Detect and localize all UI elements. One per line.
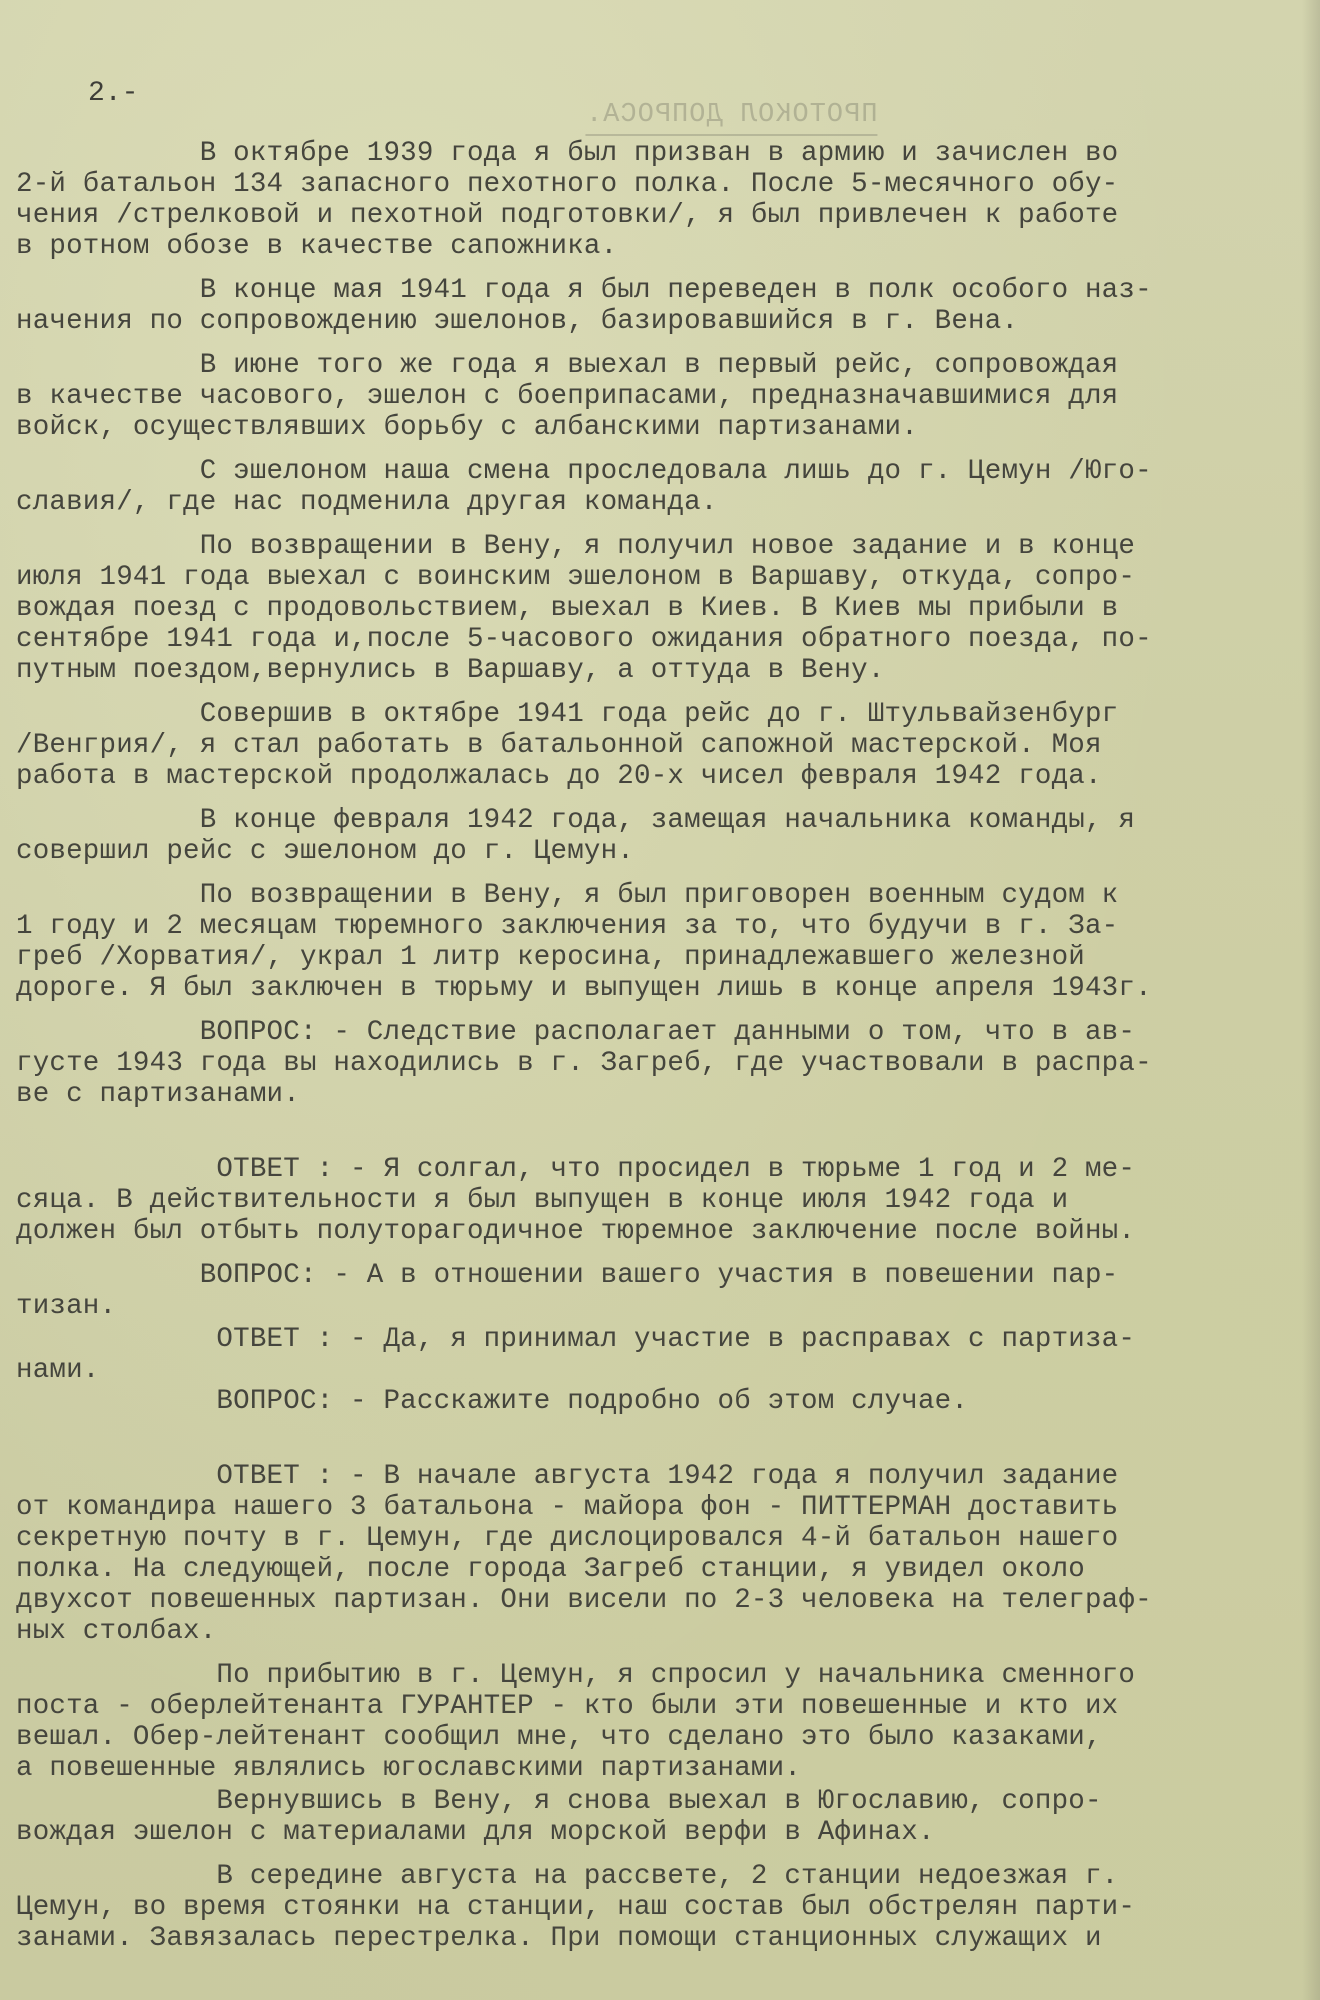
paragraph: По возвращении в Вену, я был приговорен … xyxy=(16,880,1261,1004)
text-line: ВОПРОС: - Расскажите подробно об этом сл… xyxy=(16,1386,1261,1417)
bleed-through-heading: ПРОТОКОЛ ДОПРОСА. xyxy=(585,100,877,136)
text-line: чения /стрелковой и пехотной подготовки/… xyxy=(16,200,1261,231)
text-line: поста - оберлейтенанта ГУРАНТЕР - кто бы… xyxy=(16,1691,1261,1722)
text-line: вождая эшелон с материалами для морской … xyxy=(16,1817,1261,1848)
text-line: должен был отбыть полуторагодичное тюрем… xyxy=(16,1216,1261,1247)
paragraph: Вернувшись в Вену, я снова выехал в Югос… xyxy=(16,1786,1261,1848)
text-line: войск, осуществлявших борьбу с албанским… xyxy=(16,412,1261,443)
text-line: густе 1943 года вы находились в г. Загре… xyxy=(16,1048,1261,1079)
text-line: С эшелоном наша смена проследовала лишь … xyxy=(16,456,1261,487)
text-line: ве с партизанами. xyxy=(16,1079,1261,1110)
text-line: нами. xyxy=(16,1355,1261,1386)
text-line: Вернувшись в Вену, я снова выехал в Югос… xyxy=(16,1786,1261,1817)
text-line: Совершив в октябре 1941 года рейс до г. … xyxy=(16,699,1261,730)
text-line: сентябре 1941 года и,после 5-часового ож… xyxy=(16,624,1261,655)
text-line: в ротном обозе в качестве сапожника. xyxy=(16,231,1261,262)
paragraph: ВОПРОС: - А в отношении вашего участия в… xyxy=(16,1260,1261,1322)
text-line: ОТВЕТ : - Да, я принимал участие в распр… xyxy=(16,1324,1261,1355)
text-line: ОТВЕТ : - Я солгал, что просидел в тюрьм… xyxy=(16,1154,1261,1185)
paragraph: ВОПРОС: - Следствие располагает данными … xyxy=(16,1017,1261,1110)
text-line: ВОПРОС: - А в отношении вашего участия в… xyxy=(16,1260,1261,1291)
text-line: июля 1941 года выехал с воинским эшелоно… xyxy=(16,562,1261,593)
text-line: ОТВЕТ : - В начале августа 1942 года я п… xyxy=(16,1461,1261,1492)
text-line: полка. На следующей, после города Загреб… xyxy=(16,1554,1261,1585)
text-line: ных столбах. xyxy=(16,1616,1261,1647)
text-line: дороге. Я был заключен в тюрьму и выпуще… xyxy=(16,973,1261,1004)
text-line: тизан. xyxy=(16,1291,1261,1322)
text-line: По возвращении в Вену, я был приговорен … xyxy=(16,880,1261,911)
text-line: сяца. В действительности я был выпущен в… xyxy=(16,1185,1261,1216)
document-body: В октябре 1939 года я был призван в арми… xyxy=(16,138,1261,1967)
text-line: работа в мастерской продолжалась до 20-х… xyxy=(16,761,1261,792)
text-line xyxy=(16,1123,1261,1154)
page-edge xyxy=(1302,0,1320,2000)
text-line: По возвращении в Вену, я получил новое з… xyxy=(16,531,1261,562)
text-line: В конце февраля 1942 года, замещая начал… xyxy=(16,805,1261,836)
text-line: а повешенные являлись югославскими парти… xyxy=(16,1753,1261,1784)
paragraph: В июне того же года я выехал в первый ре… xyxy=(16,350,1261,443)
paragraph: В октябре 1939 года я был призван в арми… xyxy=(16,138,1261,262)
paragraph: Совершив в октябре 1941 года рейс до г. … xyxy=(16,699,1261,792)
text-line: Цемун, во время стоянки на станции, наш … xyxy=(16,1892,1261,1923)
paragraph: В середине августа на рассвете, 2 станци… xyxy=(16,1861,1261,1954)
paragraph: В конце февраля 1942 года, замещая начал… xyxy=(16,805,1261,867)
text-line: По прибытию в г. Цемун, я спросил у нача… xyxy=(16,1660,1261,1691)
paragraph: По возвращении в Вену, я получил новое з… xyxy=(16,531,1261,686)
text-line: В конце мая 1941 года я был переведен в … xyxy=(16,275,1261,306)
page-number: 2.- xyxy=(88,78,138,109)
text-line: секретную почту в г. Цемун, где дислоцир… xyxy=(16,1523,1261,1554)
paragraph: С эшелоном наша смена проследовала лишь … xyxy=(16,456,1261,518)
text-line: совершил рейс с эшелоном до г. Цемун. xyxy=(16,836,1261,867)
text-line: В июне того же года я выехал в первый ре… xyxy=(16,350,1261,381)
paragraph: По прибытию в г. Цемун, я спросил у нача… xyxy=(16,1660,1261,1784)
text-line: от командира нашего 3 батальона - майора… xyxy=(16,1492,1261,1523)
text-line: В октябре 1939 года я был призван в арми… xyxy=(16,138,1261,169)
text-line: вешал. Обер-лейтенант сообщил мне, что с… xyxy=(16,1722,1261,1753)
text-line: путным поездом,вернулись в Варшаву, а от… xyxy=(16,655,1261,686)
text-line: греб /Хорватия/, украл 1 литр керосина, … xyxy=(16,942,1261,973)
paragraph: ОТВЕТ : - Я солгал, что просидел в тюрьм… xyxy=(16,1123,1261,1247)
paragraph: ОТВЕТ : - Да, я принимал участие в распр… xyxy=(16,1324,1261,1417)
document-page: ПРОТОКОЛ ДОПРОСА. 2.- В октябре 1939 год… xyxy=(0,0,1320,2000)
text-line: славия/, где нас подменила другая команд… xyxy=(16,487,1261,518)
text-line: двухсот повешенных партизан. Они висели … xyxy=(16,1585,1261,1616)
text-line xyxy=(16,1430,1261,1461)
text-line: занами. Завязалась перестрелка. При помо… xyxy=(16,1923,1261,1954)
text-line: 2-й батальон 134 запасного пехотного пол… xyxy=(16,169,1261,200)
text-line: начения по сопровождению эшелонов, базир… xyxy=(16,306,1261,337)
text-line: вождая поезд с продовольствием, выехал в… xyxy=(16,593,1261,624)
text-line: ВОПРОС: - Следствие располагает данными … xyxy=(16,1017,1261,1048)
text-line: /Венгрия/, я стал работать в батальонной… xyxy=(16,730,1261,761)
paragraph: В конце мая 1941 года я был переведен в … xyxy=(16,275,1261,337)
text-line: В середине августа на рассвете, 2 станци… xyxy=(16,1861,1261,1892)
paragraph: ОТВЕТ : - В начале августа 1942 года я п… xyxy=(16,1430,1261,1647)
text-line: в качестве часового, эшелон с боеприпаса… xyxy=(16,381,1261,412)
text-line: 1 году и 2 месяцам тюремного заключения … xyxy=(16,911,1261,942)
